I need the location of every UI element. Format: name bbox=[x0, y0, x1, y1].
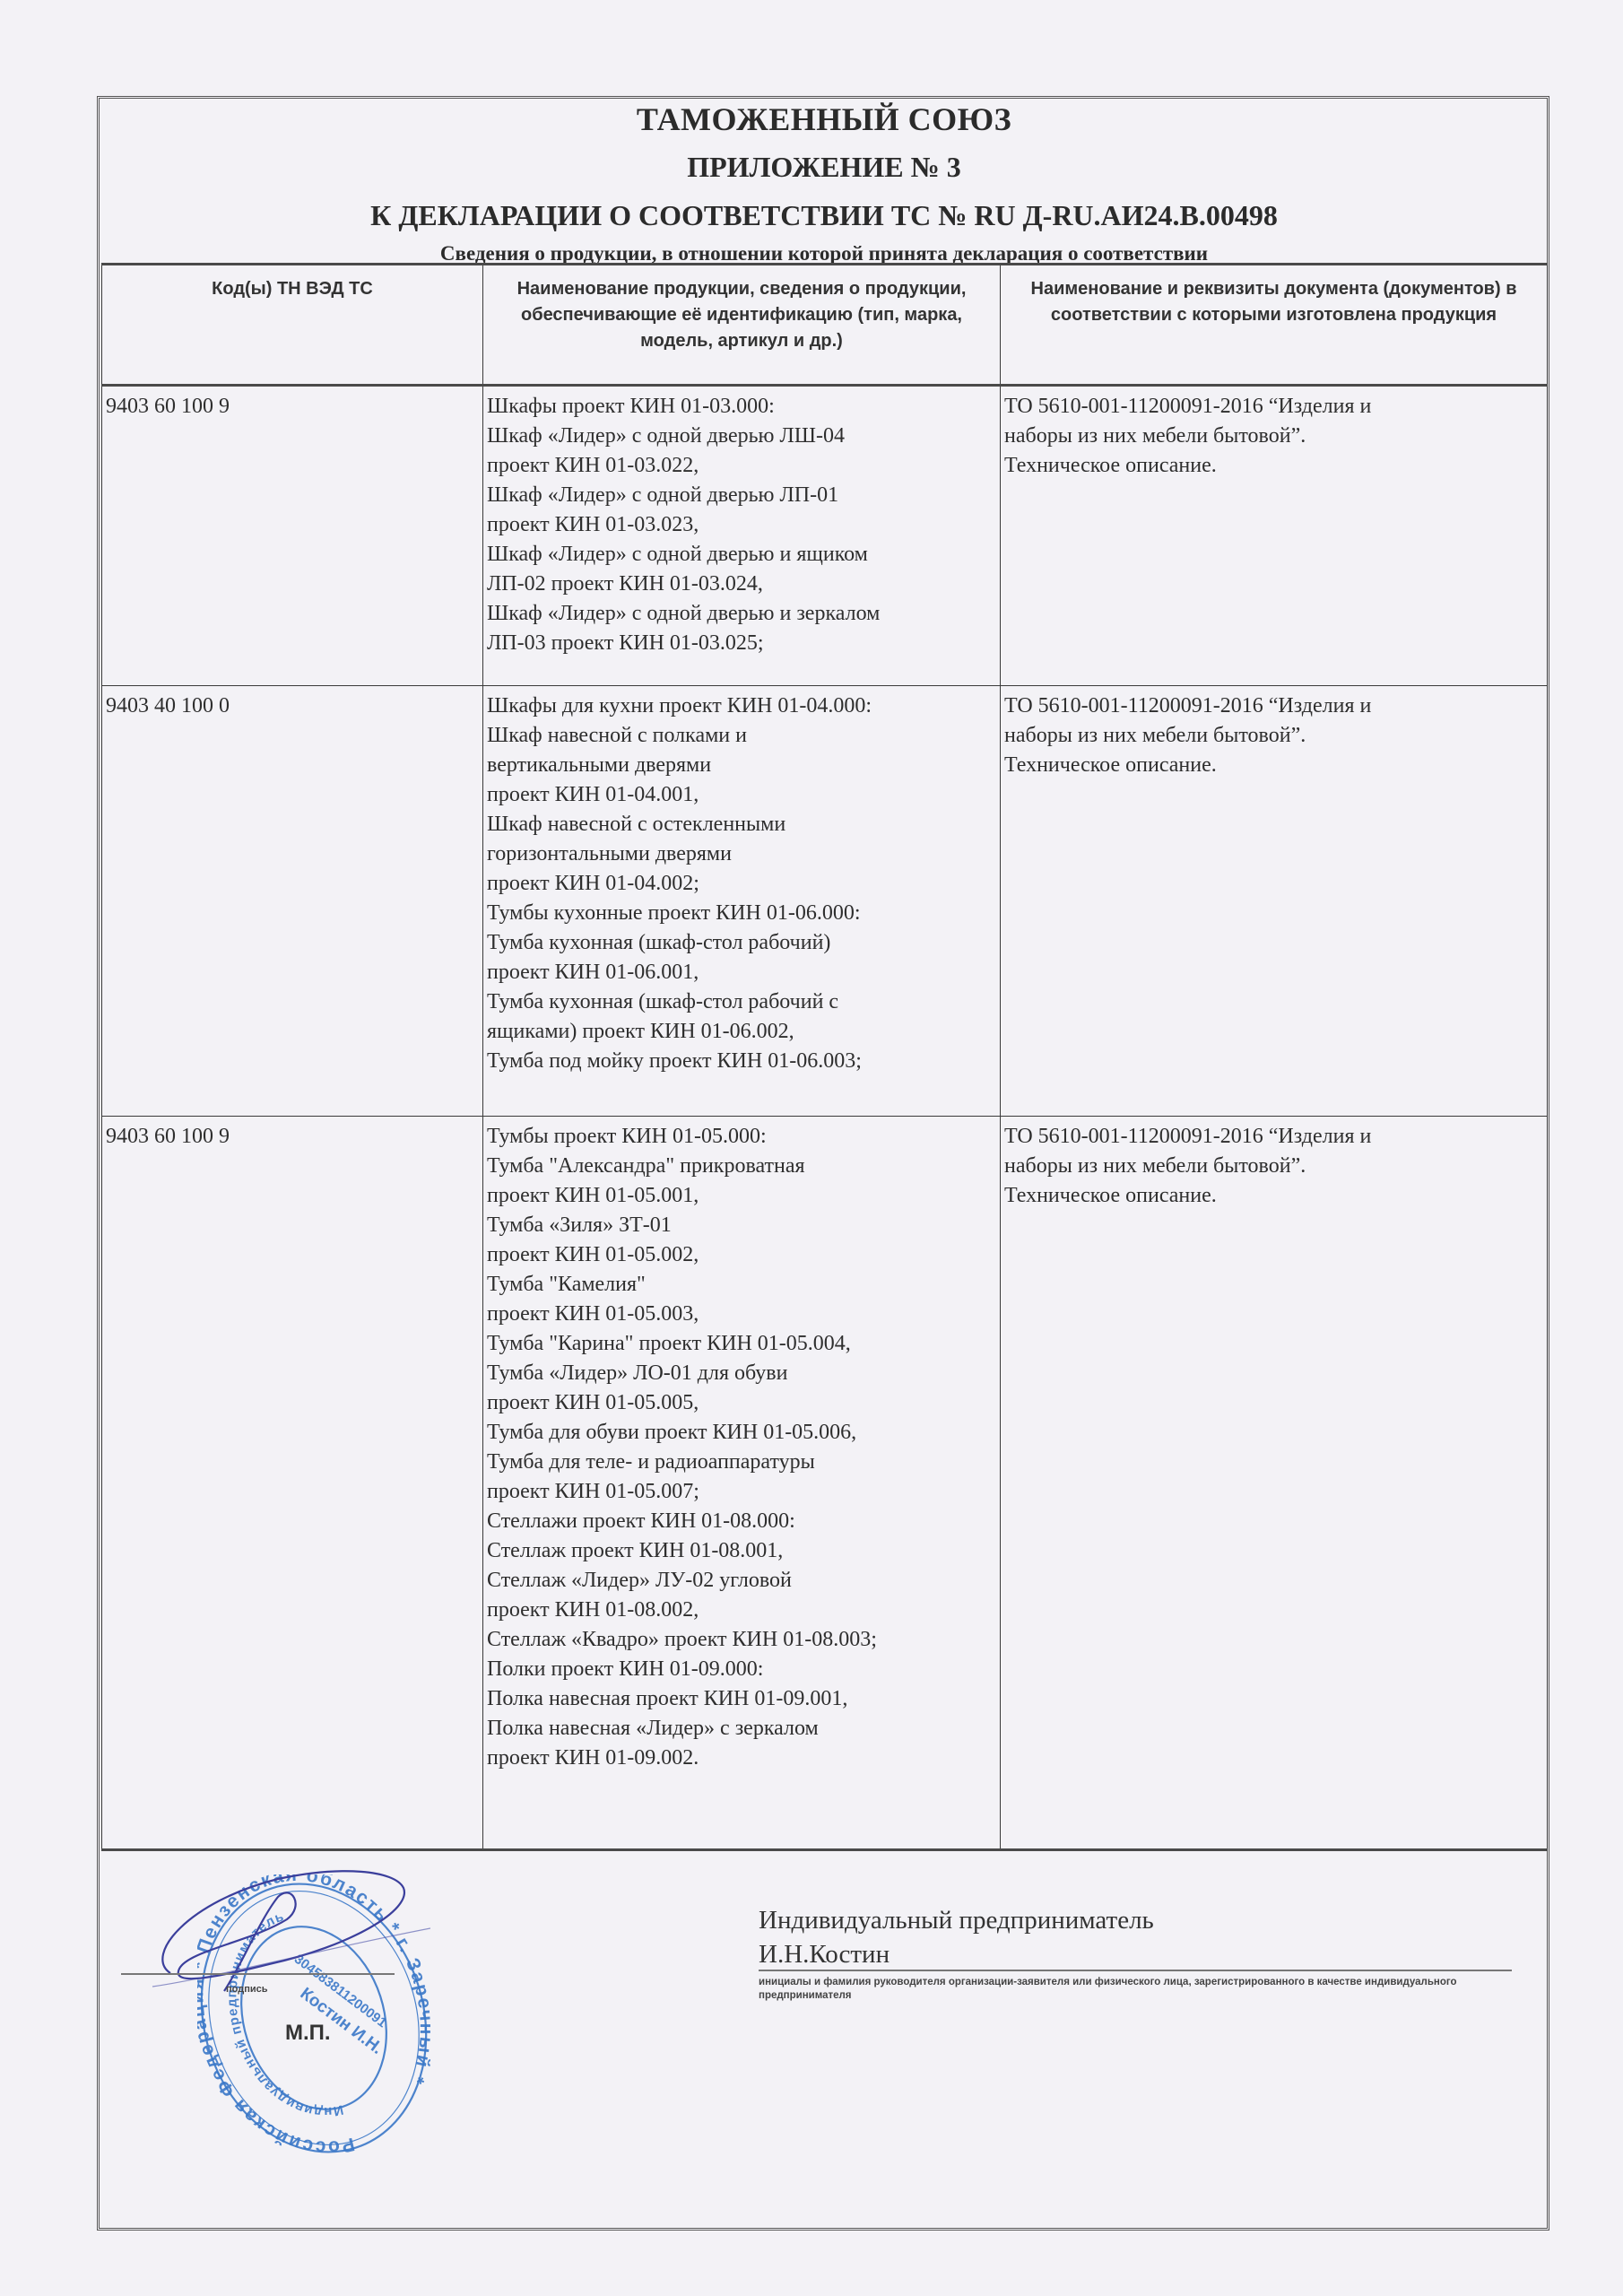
product-line: Тумба для обуви проект КИН 01-05.006, bbox=[487, 1418, 996, 1448]
table-row: 9403 60 100 9Шкафы проект КИН 01-03.000:… bbox=[102, 386, 1548, 686]
seal-label: М.П. bbox=[285, 2021, 331, 2046]
product-line: Тумбы кухонные проект КИН 01-06.000: bbox=[487, 899, 996, 928]
document-line: Техническое описание. bbox=[1004, 451, 1543, 481]
product-line: Стеллаж «Квадро» проект КИН 01-08.003; bbox=[487, 1625, 996, 1655]
product-line: ящиками) проект КИН 01-06.002, bbox=[487, 1017, 996, 1047]
product-line: Тумбы проект КИН 01-05.000: bbox=[487, 1122, 996, 1152]
union-title: ТАМОЖЕННЫЙ СОЮЗ bbox=[101, 100, 1547, 138]
product-line: проект КИН 01-05.005, bbox=[487, 1388, 996, 1418]
product-line: ЛП-03 проект КИН 01-03.025; bbox=[487, 629, 996, 658]
standard-document-cell: ТО 5610-001-11200091-2016 “Изделия инабо… bbox=[1001, 386, 1548, 686]
handwritten-signature-icon bbox=[135, 1865, 430, 2000]
product-line: Шкаф «Лидер» с одной дверью и зеркалом bbox=[487, 599, 996, 629]
signer-name: И.Н.Костин bbox=[759, 1937, 1154, 1971]
signature-line bbox=[121, 1973, 395, 1975]
table-row: 9403 40 100 0Шкафы для кухни проект КИН … bbox=[102, 686, 1548, 1117]
product-line: Тумба "Карина" проект КИН 01-05.004, bbox=[487, 1329, 996, 1359]
product-line: Стеллаж проект КИН 01-08.001, bbox=[487, 1536, 996, 1566]
document-line: наборы из них мебели бытовой”. bbox=[1004, 422, 1543, 451]
table-row: 9403 60 100 9Тумбы проект КИН 01-05.000:… bbox=[102, 1117, 1548, 1850]
product-line: Шкафы для кухни проект КИН 01-04.000: bbox=[487, 691, 996, 721]
product-line: ЛП-02 проект КИН 01-03.024, bbox=[487, 570, 996, 599]
appendix-title: ПРИЛОЖЕНИЕ № 3 bbox=[101, 151, 1547, 184]
product-line: проект КИН 01-05.001, bbox=[487, 1181, 996, 1211]
product-line: Тумба "Александра" прикроватная bbox=[487, 1152, 996, 1181]
product-line: Полка навесная проект КИН 01-09.001, bbox=[487, 1684, 996, 1714]
column-header-code: Код(ы) ТН ВЭД ТС bbox=[102, 265, 483, 386]
product-description-cell: Тумбы проект КИН 01-05.000:Тумба "Алекса… bbox=[483, 1117, 1001, 1850]
product-line: проект КИН 01-08.002, bbox=[487, 1596, 996, 1625]
product-line: Тумба для теле- и радиоаппаратуры bbox=[487, 1448, 996, 1477]
standard-document-cell: ТО 5610-001-11200091-2016 “Изделия инабо… bbox=[1001, 1117, 1548, 1850]
column-header-documents: Наименование и реквизиты документа (доку… bbox=[1001, 265, 1548, 386]
product-line: Тумба кухонная (шкаф-стол рабочий с bbox=[487, 987, 996, 1017]
product-line: проект КИН 01-03.022, bbox=[487, 451, 996, 481]
product-line: проект КИН 01-04.002; bbox=[487, 869, 996, 899]
signer-title: Индивидуальный предприниматель bbox=[759, 1903, 1154, 1937]
product-line: Шкафы проект КИН 01-03.000: bbox=[487, 392, 996, 422]
product-line: проект КИН 01-06.001, bbox=[487, 958, 996, 987]
product-line: проект КИН 01-05.007; bbox=[487, 1477, 996, 1507]
product-description-cell: Шкафы проект КИН 01-03.000:Шкаф «Лидер» … bbox=[483, 386, 1001, 686]
product-description-cell: Шкафы для кухни проект КИН 01-04.000:Шка… bbox=[483, 686, 1001, 1117]
declaration-number: К ДЕКЛАРАЦИИ О СООТВЕТСТВИИ ТС № RU Д-RU… bbox=[101, 199, 1547, 232]
product-line: горизонтальными дверями bbox=[487, 839, 996, 869]
table-header-row: Код(ы) ТН ВЭД ТС Наименование продукции,… bbox=[102, 265, 1548, 386]
document-line: ТО 5610-001-11200091-2016 “Изделия и bbox=[1004, 392, 1543, 422]
product-line: проект КИН 01-04.001, bbox=[487, 780, 996, 810]
document-line: Техническое описание. bbox=[1004, 751, 1543, 780]
product-line: проект КИН 01-05.002, bbox=[487, 1240, 996, 1270]
document-line: ТО 5610-001-11200091-2016 “Изделия и bbox=[1004, 1122, 1543, 1152]
hs-code-cell: 9403 60 100 9 bbox=[102, 1117, 483, 1850]
product-line: Полки проект КИН 01-09.000: bbox=[487, 1655, 996, 1684]
product-line: Тумба «Лидер» ЛО-01 для обуви bbox=[487, 1359, 996, 1388]
product-line: Шкаф навесной с полками и bbox=[487, 721, 996, 751]
product-line: Шкаф «Лидер» с одной дверью ЛШ-04 bbox=[487, 422, 996, 451]
signature-label: подпись bbox=[226, 1984, 268, 1995]
product-line: Шкаф «Лидер» с одной дверью ЛП-01 bbox=[487, 481, 996, 510]
product-line: проект КИН 01-05.003, bbox=[487, 1300, 996, 1329]
product-line: Шкаф навесной с остекленными bbox=[487, 810, 996, 839]
name-line bbox=[759, 1970, 1512, 1971]
products-table: Код(ы) ТН ВЭД ТС Наименование продукции,… bbox=[101, 263, 1548, 1851]
hs-code-cell: 9403 60 100 9 bbox=[102, 386, 483, 686]
product-line: Стеллаж «Лидер» ЛУ-02 угловой bbox=[487, 1566, 996, 1596]
signer-caption: инициалы и фамилия руководителя организа… bbox=[759, 1976, 1539, 2003]
product-line: Полка навесная «Лидер» с зеркалом bbox=[487, 1714, 996, 1744]
document-line: наборы из них мебели бытовой”. bbox=[1004, 1152, 1543, 1181]
hs-code-cell: 9403 40 100 0 bbox=[102, 686, 483, 1117]
product-line: Стеллажи проект КИН 01-08.000: bbox=[487, 1507, 996, 1536]
column-header-product: Наименование продукции, сведения о проду… bbox=[483, 265, 1001, 386]
product-line: вертикальными дверями bbox=[487, 751, 996, 780]
document-line: Техническое описание. bbox=[1004, 1181, 1543, 1211]
product-line: Тумба кухонная (шкаф-стол рабочий) bbox=[487, 928, 996, 958]
document-line: наборы из них мебели бытовой”. bbox=[1004, 721, 1543, 751]
product-line: проект КИН 01-09.002. bbox=[487, 1744, 996, 1773]
product-line: Тумба «Зиля» ЗТ-01 bbox=[487, 1211, 996, 1240]
product-line: проект КИН 01-03.023, bbox=[487, 510, 996, 540]
product-line: Тумба "Камелия" bbox=[487, 1270, 996, 1300]
standard-document-cell: ТО 5610-001-11200091-2016 “Изделия инабо… bbox=[1001, 686, 1548, 1117]
product-line: Тумба под мойку проект КИН 01-06.003; bbox=[487, 1047, 996, 1076]
signer-block: Индивидуальный предприниматель И.Н.Кости… bbox=[759, 1903, 1154, 1971]
product-line: Шкаф «Лидер» с одной дверью и ящиком bbox=[487, 540, 996, 570]
document-line: ТО 5610-001-11200091-2016 “Изделия и bbox=[1004, 691, 1543, 721]
